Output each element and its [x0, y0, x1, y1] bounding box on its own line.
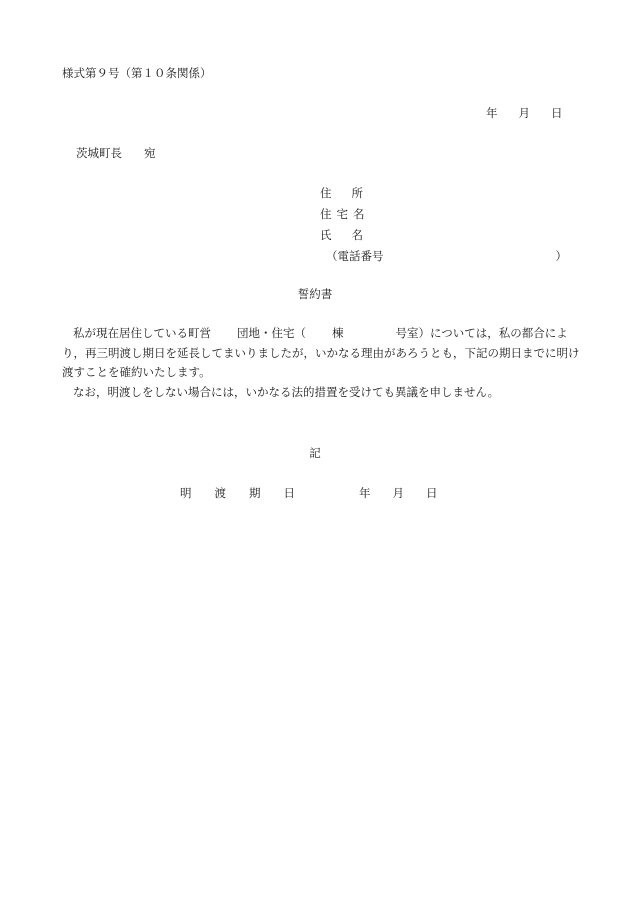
vacate-day-label: 日 [426, 486, 438, 500]
pledge-paragraph-2: なお，明渡しをしない場合には，いかなる法的措置を受けても異議を申しません。 [62, 383, 582, 403]
document-title: 誓約書 [0, 287, 630, 301]
pledge-paragraph-1: 私が現在居住している町営団地・住宅（棟号室）については，私の都合により，再三明渡… [62, 324, 582, 383]
ki-heading: 記 [0, 446, 630, 460]
form-number: 様式第９号（第１０条関係） [62, 66, 212, 80]
addressee-honorific: 宛 [144, 146, 156, 160]
housing-name-label: 住宅名 [320, 207, 567, 228]
date-month-label: 月 [519, 106, 531, 120]
pledge-body: 私が現在居住している町営団地・住宅（棟号室）については，私の都合により，再三明渡… [62, 324, 582, 402]
document-page: 様式第９号（第１０条関係） 年月日 茨城町長宛 住所 住宅名 氏名 （電話番号）… [0, 0, 630, 903]
vacate-month-label: 月 [393, 486, 405, 500]
vacate-year-label: 年 [359, 486, 371, 500]
addressee-name: 茨城町長 [76, 146, 122, 160]
applicant-block: 住所 住宅名 氏名 （電話番号） [320, 186, 567, 270]
vacate-date-row: 明渡期日年月日 [180, 486, 438, 500]
address-label: 住所 [320, 186, 567, 207]
date-day-label: 日 [551, 106, 563, 120]
date-year-label: 年 [486, 106, 498, 120]
phone-number-field: （電話番号） [320, 249, 567, 270]
addressee: 茨城町長宛 [76, 146, 156, 160]
date-line: 年月日 [486, 106, 563, 120]
name-label: 氏名 [320, 228, 567, 249]
